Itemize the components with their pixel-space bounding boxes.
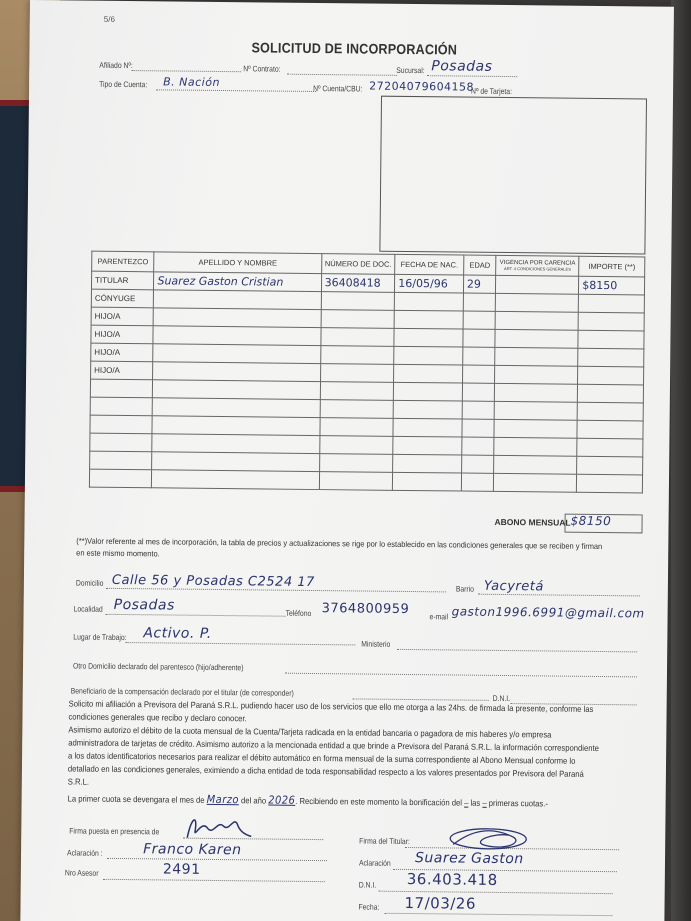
cell-doc[interactable] [319,472,393,491]
cell-edad[interactable] [461,455,494,473]
email-label: e-mail [430,612,449,621]
cell-vigencia[interactable] [495,383,578,402]
cell-fecha_nac[interactable] [394,346,463,365]
cell-vigencia[interactable] [495,329,578,348]
cell-edad[interactable] [463,329,496,347]
cell-importe[interactable] [578,384,644,403]
contrato-label: Nº Contrato: [243,64,280,73]
cell-edad[interactable] [462,401,495,419]
cell-parentezco [89,469,152,488]
aclaracion-asesor-value[interactable]: Franco Karen [143,841,242,858]
col-parentezco: PARENTEZCO [92,251,155,272]
cell-importe[interactable] [577,402,643,421]
cell-doc[interactable] [321,310,395,329]
email-value[interactable]: gaston1996.6991@gmail.com [452,604,645,620]
page-number: 5/6 [104,15,115,24]
cell-importe[interactable] [577,438,643,457]
cell-doc[interactable] [320,418,394,437]
cell-parentezco: CÓNYUGE [91,289,154,308]
localidad-label: Localidad [74,604,103,613]
cell-nombre[interactable] [153,326,320,346]
cell-fecha_nac[interactable]: 16/05/96 [395,274,464,293]
cell-edad[interactable] [463,293,496,311]
otro-domicilio-label: Otro Domicilio declarado del parentesco … [73,661,244,672]
cell-importe[interactable] [578,312,644,331]
aclaracion-titular-label: Aclaración [359,858,391,867]
domicilio-value[interactable]: Calle 56 y Posadas C2524 17 [112,573,315,590]
tarjeta-box[interactable] [379,96,647,255]
cell-parentezco [90,451,153,470]
fecha-value[interactable]: 17/03/26 [404,894,476,913]
nro-asesor-value[interactable]: 2491 [163,861,201,877]
cell-nombre[interactable] [153,398,320,418]
anio-value[interactable]: 2026 [268,794,295,807]
pricing-note: (**)Valor referente al mes de incorporac… [76,536,606,566]
tipo-cuenta-label: Tipo de Cuenta: [99,80,147,90]
cell-vigencia[interactable] [496,293,579,312]
cell-edad[interactable]: 29 [463,275,496,293]
cell-nombre[interactable]: Suarez Gaston Cristian [154,272,321,292]
cell-vigencia[interactable] [494,401,577,420]
localidad-line [106,614,286,617]
ministerio-field[interactable] [397,649,637,653]
cell-edad[interactable] [462,437,495,455]
cell-importe[interactable]: $8150 [579,276,645,295]
dni-titular-value[interactable]: 36.403.418 [407,870,498,889]
cell-doc[interactable]: 36408418 [321,274,395,293]
cell-doc[interactable] [320,400,394,419]
cell-fecha_nac[interactable] [395,292,464,311]
cell-nombre[interactable] [152,434,319,454]
cell-doc[interactable] [320,364,394,383]
otro-domicilio-field[interactable] [285,673,637,678]
mes-value[interactable]: Marzo [207,793,239,806]
aclaracion-titular-value[interactable]: Suarez Gaston [415,850,524,867]
col-doc: NÚMERO DE DOC. [321,254,395,275]
background-dark [671,0,691,921]
cell-nombre[interactable] [152,416,319,436]
bonif-las-value[interactable]: – [482,798,486,808]
cell-vigencia[interactable] [495,347,578,366]
tipo-cuenta-value[interactable]: B. Nación [163,75,220,89]
cell-fecha_nac[interactable] [393,436,462,455]
barrio-line [478,594,640,597]
cell-parentezco: HIJO/A [91,307,154,326]
cell-parentezco: HIJO/A [91,361,154,380]
cell-importe[interactable] [578,330,644,349]
bonif-del-value[interactable]: – [464,798,468,808]
cell-fecha_nac[interactable] [393,418,462,437]
fecha-label: Fecha: [358,902,379,911]
form-title: SOLICITUD DE INCORPORACIÓN [251,39,457,57]
cell-parentezco: HIJO/A [91,343,154,362]
sucursal-label: Sucursal: [396,66,424,75]
lugar-trabajo-label: Lugar de Trabajo: [73,632,126,642]
cell-doc[interactable] [319,454,393,473]
cell-nombre[interactable] [154,290,321,310]
cell-importe[interactable] [579,294,645,313]
cell-parentezco [90,433,153,452]
cell-importe[interactable] [577,420,643,439]
cell-doc[interactable] [321,328,395,347]
cuenta-cbu-label: Nº Cuenta/CBU: [313,84,362,94]
cell-parentezco [90,415,153,434]
cell-importe[interactable] [577,474,643,493]
cell-doc[interactable] [320,346,394,365]
cell-nombre[interactable] [153,344,320,364]
autorizacion-paragraph: Asimismo autorizo el débito de la cuota … [68,723,600,794]
cell-nombre[interactable] [152,470,319,490]
col-vigencia: VIGENCIA POR CARENCIAART. 4 CONDICIONES … [496,255,579,276]
cell-fecha_nac[interactable] [393,454,462,473]
cell-fecha_nac[interactable] [393,400,462,419]
cell-vigencia[interactable] [494,455,577,474]
telefono-value[interactable]: 3764800959 [322,601,410,617]
cell-vigencia[interactable] [494,437,577,456]
lugar-trabajo-line [125,642,355,645]
cell-parentezco [90,397,153,416]
cell-edad[interactable] [461,473,494,491]
paper-form: 5/6 SOLICITUD DE INCORPORACIÓN Afiliado … [20,0,674,921]
ministerio-label: Ministerio [361,640,390,649]
firma-titular-label: Firma del Titular: [359,836,410,846]
family-table: PARENTEZCO APELLIDO Y NOMBRE NÚMERO DE D… [89,251,645,494]
firma-presencia-label: Firma puesta en presencia de [69,826,159,836]
cell-vigencia[interactable] [494,419,577,438]
cell-parentezco: HIJO/A [91,325,154,344]
cuenta-cbu-value[interactable]: 27204079604158 [369,80,474,94]
cell-edad[interactable] [463,347,496,365]
cell-vigencia[interactable] [495,365,578,384]
nro-asesor-label: Nro Asesor [65,868,99,877]
aclaracion-asesor-line [107,858,327,861]
beneficiario-label: Beneficiario de la compensación declarad… [71,686,294,697]
cell-vigencia[interactable] [494,473,577,492]
tipo-cuenta-line [156,89,316,92]
telefono-label: Teléfono [286,609,312,618]
cell-nombre[interactable] [154,308,321,328]
contrato-field[interactable] [287,74,397,76]
domicilio-label: Domicilio [76,579,104,588]
afiliado-label: Afiliado Nº: [99,61,133,70]
localidad-value[interactable]: Posadas [114,597,175,614]
cell-doc[interactable] [321,292,395,311]
abono-mensual-value: $8150 [571,514,612,528]
cell-importe[interactable] [578,366,644,385]
abono-mensual-label: ABONO MENSUAL [495,517,571,528]
barrio-label: Barrio [456,584,474,593]
primer-cuota-line: La primer cuota se devengara el mes de M… [68,791,608,811]
barrio-value[interactable]: Yacyretá [484,579,544,595]
dni-titular-label: D.N.I. [359,880,376,889]
cell-vigencia[interactable] [496,275,579,294]
tarjeta-label: Nº de Tarjeta: [471,87,512,96]
cell-edad[interactable] [462,383,495,401]
cell-fecha_nac[interactable] [393,472,462,491]
cell-vigencia[interactable] [495,311,578,330]
sucursal-line [427,75,517,77]
cell-doc[interactable] [320,382,394,401]
fecha-line [384,913,612,916]
cell-importe[interactable] [578,348,644,367]
col-importe: IMPORTE (**) [579,256,645,277]
cell-nombre[interactable] [152,452,319,472]
afiliado-field[interactable] [131,70,241,72]
cell-importe[interactable] [577,456,643,475]
cell-parentezco: TITULAR [91,271,154,290]
col-fecha-nac: FECHA DE NAC. [395,254,464,275]
cell-doc[interactable] [319,436,393,455]
cell-fecha_nac[interactable] [394,364,463,383]
cell-fecha_nac[interactable] [394,310,463,329]
cell-edad[interactable] [463,311,496,329]
cell-nombre[interactable] [153,380,320,400]
nro-asesor-line [103,879,325,882]
col-edad: EDAD [463,255,496,275]
aclaracion-asesor-label: Aclaración : [67,848,103,857]
cell-edad[interactable] [462,365,495,383]
cell-fecha_nac[interactable] [394,382,463,401]
col-nombre: APELLIDO Y NOMBRE [154,252,321,274]
lugar-trabajo-value[interactable]: Activo. P. [143,625,212,642]
cell-edad[interactable] [462,419,495,437]
cell-nombre[interactable] [153,362,320,382]
asesor-signature[interactable] [181,810,261,845]
sucursal-value[interactable]: Posadas [431,58,492,75]
cell-fecha_nac[interactable] [394,328,463,347]
cell-parentezco [90,379,153,398]
